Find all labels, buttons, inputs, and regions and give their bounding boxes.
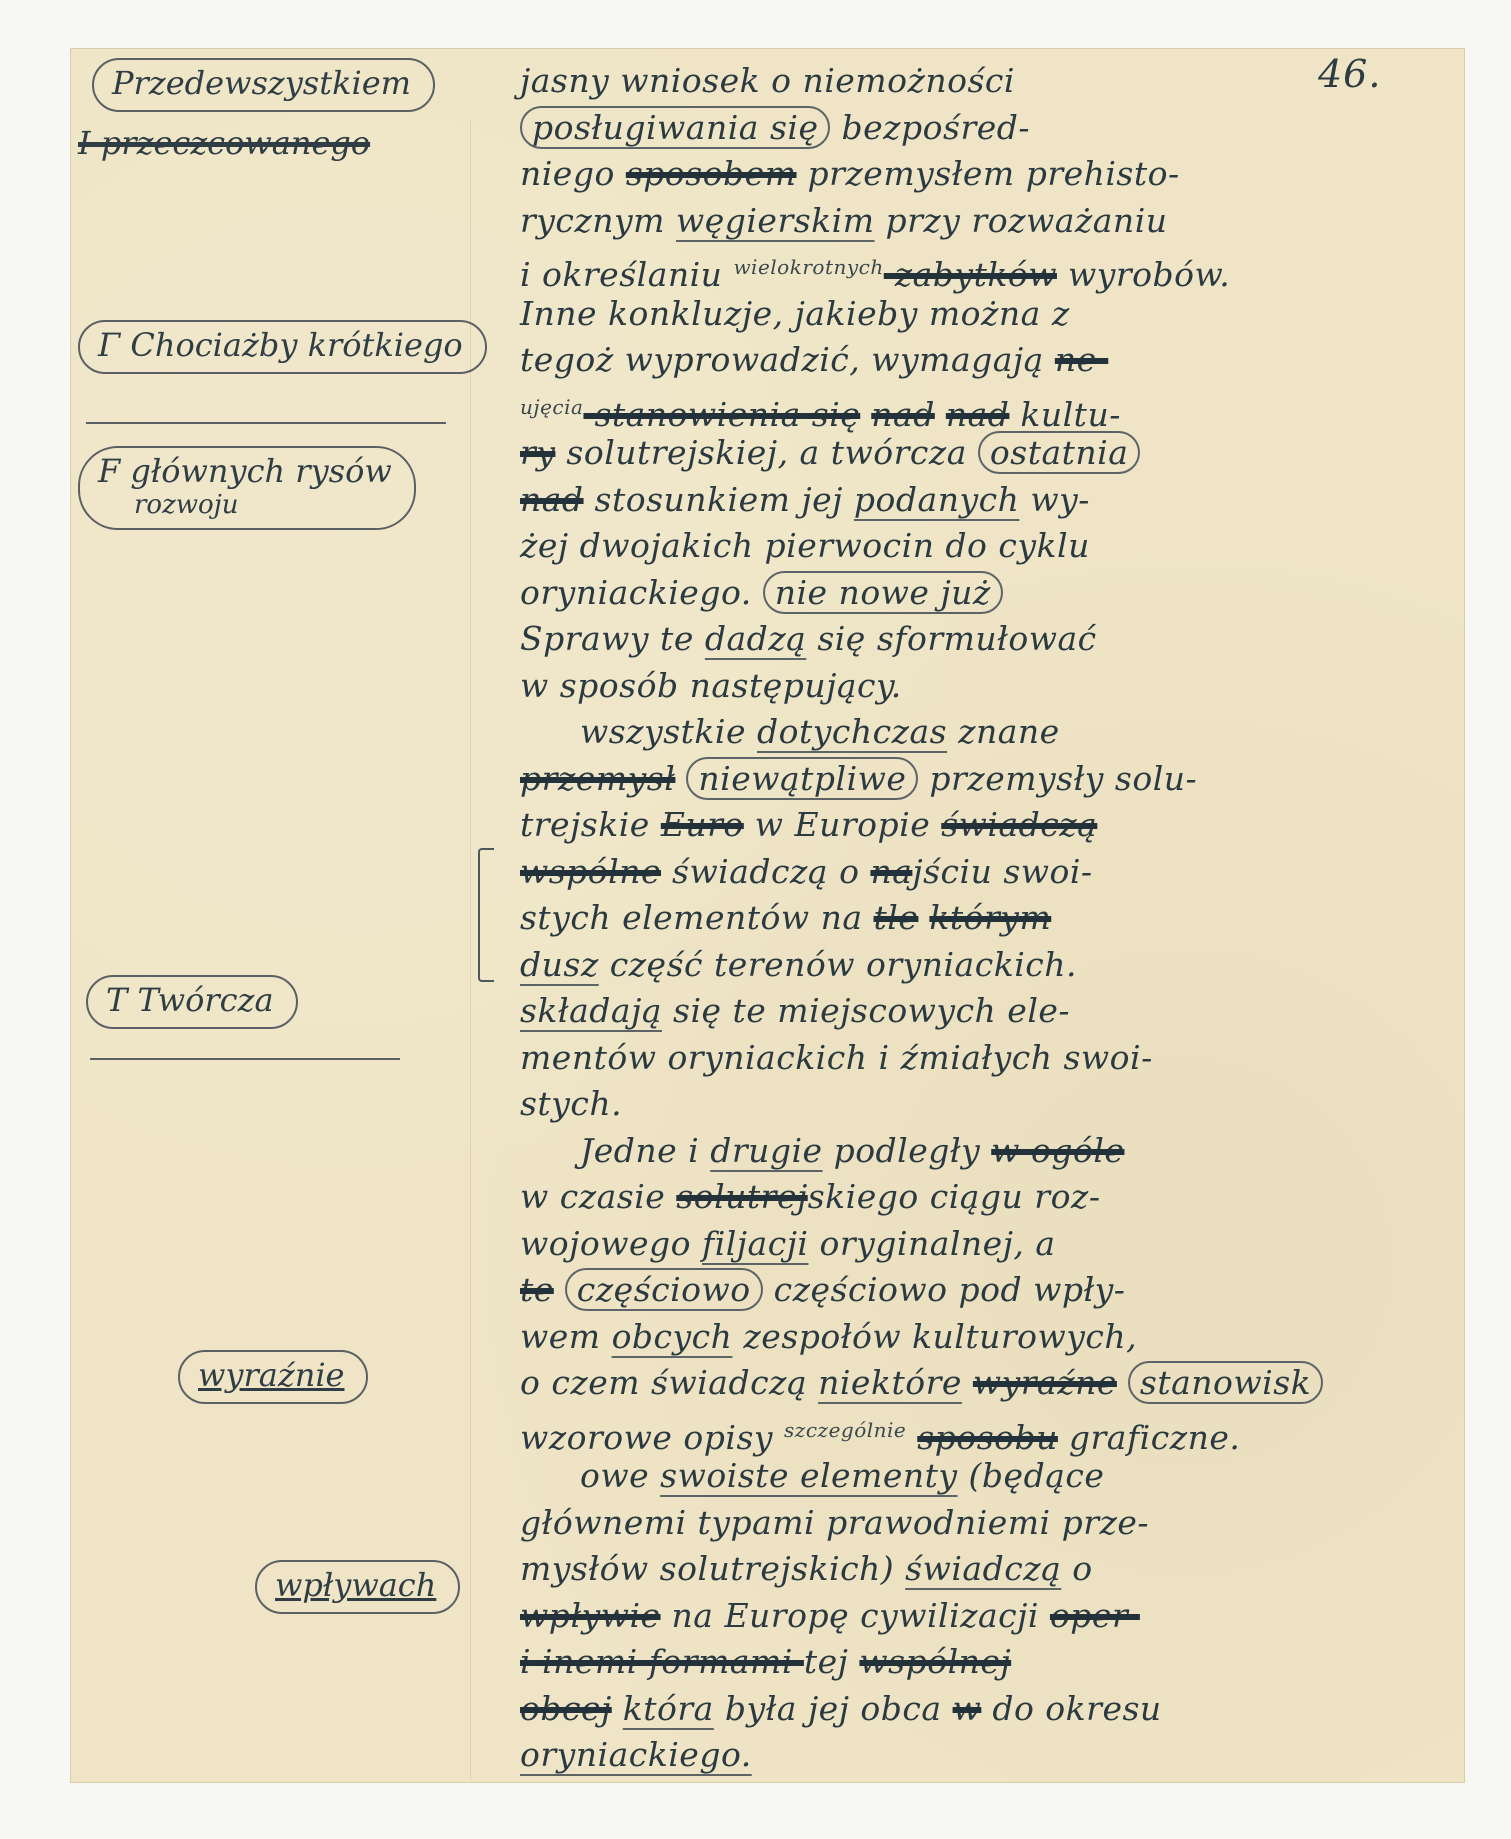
text-segment: wszystkie <box>580 712 757 751</box>
struck-text: nad <box>871 395 935 434</box>
manuscript-line: Inne konkluzje, jakieby można z <box>520 291 1455 338</box>
manuscript-line: wpływie na Europę cywilizacji oper- <box>520 1593 1455 1640</box>
text-segment <box>860 395 871 434</box>
text-segment: znane <box>947 712 1060 751</box>
text-segment: kultu- <box>1009 395 1120 434</box>
circled-text: posługiwania się <box>520 106 830 149</box>
text-segment: tegoż wyprowadzić, wymagają <box>520 340 1055 379</box>
text-segment: stosunkiem jej <box>584 480 854 519</box>
text-segment: przemysły solu- <box>918 759 1197 798</box>
underlined-text: która <box>623 1689 714 1728</box>
manuscript-line: głównemi typami prawodniemi prze- <box>520 1500 1455 1547</box>
manuscript-line: w sposób następujący. <box>520 663 1455 710</box>
manuscript-line: obcej która była jej obca w do okresu <box>520 1686 1455 1733</box>
circled-text: nie nowe już <box>763 571 1003 614</box>
text-segment: stych elementów na <box>520 898 874 937</box>
text-segment <box>935 395 946 434</box>
underlined-text: dadzą <box>705 619 806 658</box>
struck-text: wspólne <box>520 852 661 891</box>
text-segment: jściu swoi- <box>912 852 1092 891</box>
manuscript-line: stych elementów na tle którym <box>520 895 1455 942</box>
text-segment: i określaniu <box>520 255 733 294</box>
text-segment: bezpośred- <box>830 108 1030 147</box>
manuscript-line: żej dwojakich pierwocin do cyklu <box>520 523 1455 570</box>
struck-text: stanowienia się <box>583 395 860 434</box>
underlined-text: swoiste elementy <box>660 1456 957 1495</box>
text-segment: przemysłem prehisto- <box>797 154 1180 193</box>
manuscript-line: trejskie Euro w Europie świadczą <box>520 802 1455 849</box>
struck-text: na <box>870 852 912 891</box>
manuscript-line: niego sposobem przemysłem prehisto- <box>520 151 1455 198</box>
struck-text: ne- <box>1055 340 1108 379</box>
text-segment: owe <box>580 1456 660 1495</box>
circled-text: ostatnia <box>978 431 1140 474</box>
manuscript-line: wzorowe opisy szczególnie sposobu grafic… <box>520 1407 1455 1454</box>
manuscript-line: wszystkie dotychczas znane <box>520 709 1455 756</box>
struck-text: w ogóle <box>991 1131 1124 1170</box>
struck-text: nad <box>520 480 584 519</box>
struck-text: wyraźne <box>973 1363 1117 1402</box>
manuscript-line: ujęcia stanowienia się nad nad kultu- <box>520 384 1455 431</box>
manuscript-line: Sprawy te dadzą się sformułować <box>520 616 1455 663</box>
margin-note-text: Γ Chociażby krótkiego <box>98 326 463 364</box>
text-segment: o czem świadczą <box>520 1363 818 1402</box>
underlined-text: niektóre <box>818 1363 962 1402</box>
margin-underline <box>86 422 446 424</box>
circled-text: częściowo <box>565 1268 763 1311</box>
struck-text: te <box>520 1270 554 1309</box>
text-segment <box>554 1270 565 1309</box>
struck-text: ry <box>520 433 555 472</box>
underlined-text: świadczą <box>905 1549 1061 1588</box>
manuscript-line: o czem świadczą niektóre wyraźne stanowi… <box>520 1360 1455 1407</box>
text-segment: na Europę cywilizacji <box>661 1596 1050 1635</box>
text-segment: była jej obca <box>714 1689 953 1728</box>
manuscript-line: wspólne świadczą o najściu swoi- <box>520 849 1455 896</box>
text-segment: żej dwojakich pierwocin do cyklu <box>520 526 1090 565</box>
underlined-text: oryniackiego. <box>520 1735 752 1774</box>
text-segment: mentów oryniackich i źmiałych swoi- <box>520 1038 1153 1077</box>
struck-text: Euro <box>661 805 744 844</box>
text-segment: jasny wniosek o niemożności <box>520 61 1015 100</box>
text-segment: skiego ciągu roz- <box>808 1177 1101 1216</box>
underlined-text: podanych <box>854 480 1019 519</box>
margin-note-subtext: rozwoju <box>98 490 392 520</box>
manuscript-line: nad stosunkiem jej podanych wy- <box>520 477 1455 524</box>
text-segment <box>918 898 929 937</box>
manuscript-line: te częściowo częściowo pod wpły- <box>520 1267 1455 1314</box>
struck-text: przemysł <box>520 759 675 798</box>
text-segment: oryginalnej, a <box>808 1224 1055 1263</box>
struck-text: świadczą <box>941 805 1097 844</box>
text-segment: stych. <box>520 1084 622 1123</box>
inserted-text: wielokrotnych <box>733 255 883 279</box>
text-segment: się sformułować <box>806 619 1096 658</box>
text-segment: rycznym <box>520 201 676 240</box>
manuscript-line: posługiwania się bezpośred- <box>520 105 1455 152</box>
underlined-text: obcych <box>612 1317 733 1356</box>
manuscript-line: składają się te miejscowych ele- <box>520 988 1455 1035</box>
circled-text: niewątpliwe <box>686 757 918 800</box>
margin-note-krotkiego: Γ Chociażby krótkiego <box>78 320 487 374</box>
margin-note-tworcza: T Twórcza <box>86 975 298 1029</box>
struck-text: sposobem <box>626 154 797 193</box>
struck-text: obcej <box>520 1689 612 1728</box>
text-segment: w Europie <box>744 805 941 844</box>
inserted-text: ujęcia <box>520 395 583 419</box>
manuscript-line: dusz część terenów oryniackich. <box>520 942 1455 989</box>
struck-text: w <box>953 1689 982 1728</box>
struck-text: tle <box>874 898 919 937</box>
text-segment: solutrejskiej, a twórcza <box>555 433 977 472</box>
text-segment: wyrobów. <box>1057 255 1230 294</box>
manuscript-line: ry solutrejskiej, a twórcza ostatnia <box>520 430 1455 477</box>
text-segment: przy rozważaniu <box>875 201 1168 240</box>
struck-text: którym <box>929 898 1051 937</box>
text-segment <box>675 759 686 798</box>
manuscript-line: tegoż wyprowadzić, wymagają ne- <box>520 337 1455 384</box>
text-segment: wojowego <box>520 1224 702 1263</box>
text-segment <box>962 1363 973 1402</box>
margin-note-text: Przedewszystkiem <box>112 64 411 102</box>
struck-text: wpływie <box>520 1596 661 1635</box>
circled-text: stanowisk <box>1128 1361 1323 1404</box>
text-segment: Inne konkluzje, jakieby można z <box>520 294 1070 333</box>
struck-text: nad <box>946 395 1010 434</box>
text-segment: graficzne. <box>1058 1418 1240 1457</box>
manuscript-line: stych. <box>520 1081 1455 1128</box>
text-segment: (będące <box>958 1456 1105 1495</box>
margin-note-wplywach: wpływach <box>255 1560 460 1614</box>
text-segment: Jedne i <box>580 1131 710 1170</box>
struck-text: zabytków <box>884 255 1057 294</box>
underlined-text: dusz <box>520 945 599 984</box>
manuscript-line: Jedne i drugie podległy w ogóle <box>520 1128 1455 1175</box>
margin-note-wyraznie: wyraźnie <box>178 1350 368 1404</box>
text-segment: wzorowe opisy <box>520 1418 784 1457</box>
struck-text: oper- <box>1050 1596 1140 1635</box>
manuscript-line: w czasie solutrejskiego ciągu roz- <box>520 1174 1455 1221</box>
text-segment <box>906 1418 917 1457</box>
manuscript-line: jasny wniosek o niemożności <box>520 58 1455 105</box>
manuscript-line: i określaniu wielokrotnych zabytków wyro… <box>520 244 1455 291</box>
margin-note-text: wyraźnie <box>198 1356 344 1394</box>
margin-note-struck: I przeczcowanego <box>78 124 370 162</box>
underlined-text: składają <box>520 991 662 1030</box>
margin-note-rozwoju: F głównych rysów rozwoju <box>78 446 416 530</box>
struck-text: solutrej <box>676 1177 807 1216</box>
text-segment: w sposób następujący. <box>520 666 902 705</box>
inserted-text: szczególnie <box>784 1418 906 1442</box>
manuscript-line: przemysł niewątpliwe przemysły solu- <box>520 756 1455 803</box>
manuscript-line: wem obcych zespołów kulturowych, <box>520 1314 1455 1361</box>
text-segment: podległy <box>823 1131 992 1170</box>
text-segment: niego <box>520 154 626 193</box>
text-segment: o <box>1061 1549 1092 1588</box>
text-segment: oryniackiego. <box>520 573 763 612</box>
underlined-text: filjacji <box>702 1224 809 1263</box>
text-segment: trejskie <box>520 805 661 844</box>
margin-underline <box>90 1058 400 1060</box>
text-segment: głównemi typami prawodniemi prze- <box>520 1503 1149 1542</box>
underlined-text: dotychczas <box>757 712 947 751</box>
text-segment: mysłów solutrejskich) <box>520 1549 905 1588</box>
text-segment: do okresu <box>981 1689 1161 1728</box>
text-segment: zespołów kulturowych, <box>732 1317 1137 1356</box>
struck-text: sposobu <box>917 1418 1058 1457</box>
underlined-text: węgierskim <box>676 201 875 240</box>
margin-note-przedewszystkiem: Przedewszystkiem <box>92 58 435 112</box>
text-segment: w czasie <box>520 1177 676 1216</box>
struck-text: wspólnej <box>859 1642 1011 1681</box>
margin-note-text: I przeczcowanego <box>78 124 370 162</box>
margin-note-text: wpływach <box>275 1566 436 1604</box>
text-segment: wem <box>520 1317 612 1356</box>
manuscript-line: owe swoiste elementy (będące <box>520 1453 1455 1500</box>
manuscript-line: wojowego filjacji oryginalnej, a <box>520 1221 1455 1268</box>
manuscript-line: i inemi formami tej wspólnej <box>520 1639 1455 1686</box>
struck-text: i inemi formami <box>520 1642 804 1681</box>
margin-note-text: T Twórcza <box>106 981 274 1019</box>
manuscript-line: mentów oryniackich i źmiałych swoi- <box>520 1035 1455 1082</box>
text-segment: tej <box>804 1642 860 1681</box>
text-segment: Sprawy te <box>520 619 705 658</box>
bracket-mark <box>478 848 494 982</box>
manuscript-line: rycznym węgierskim przy rozważaniu <box>520 198 1455 245</box>
manuscript-line: oryniackiego. <box>520 1732 1455 1779</box>
text-segment <box>1117 1363 1128 1402</box>
text-segment: część terenów oryniackich. <box>599 945 1077 984</box>
text-segment: częściowo pod wpły- <box>763 1270 1126 1309</box>
manuscript-line: mysłów solutrejskich) świadczą o <box>520 1546 1455 1593</box>
text-segment: wy- <box>1019 480 1090 519</box>
text-segment <box>612 1689 623 1728</box>
text-segment: się te miejscowych ele- <box>662 991 1070 1030</box>
manuscript-body: jasny wniosek o niemożnościposługiwania … <box>520 58 1455 1779</box>
underlined-text: drugie <box>710 1131 822 1170</box>
text-segment: świadczą o <box>661 852 870 891</box>
margin-note-text: F głównych rysów <box>98 452 392 490</box>
manuscript-line: oryniackiego. nie nowe już <box>520 570 1455 617</box>
